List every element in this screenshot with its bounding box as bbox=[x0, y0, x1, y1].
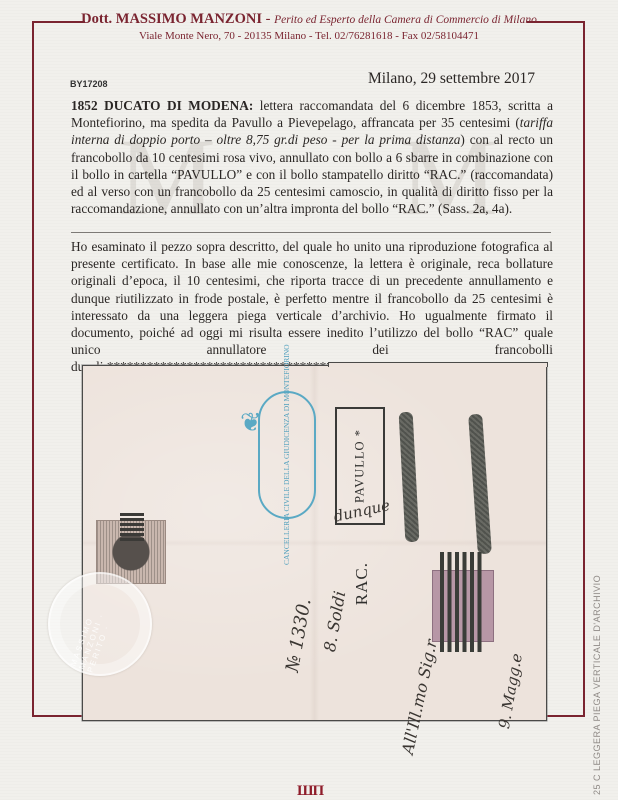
stamp-bar-cancel bbox=[120, 513, 144, 541]
frame-border-bottom-left bbox=[32, 715, 82, 717]
cover-edge bbox=[328, 362, 548, 367]
pencil-annotation: 25 C LEGGERA PIEGA VERTICALE D'ARCHIVIO bbox=[592, 545, 602, 795]
frame-border-right bbox=[583, 21, 585, 716]
header-separator: - bbox=[262, 11, 274, 27]
frame-border-left bbox=[32, 21, 34, 716]
expert-name: Dott. MASSIMO MANZONI bbox=[81, 11, 262, 27]
section-divider bbox=[71, 232, 551, 233]
description-heading: 1852 DUCATO DI MODENA: bbox=[71, 98, 253, 113]
expert-address: Viale Monte Nero, 70 - 20135 Milano - Te… bbox=[0, 30, 618, 42]
rac-postmark: RAC. bbox=[352, 562, 372, 605]
expert-title: Perito ed Esperto della Camera di Commer… bbox=[274, 14, 537, 26]
oval-cancel-text: CANCELLERIA CIVILE DELLA GIUDICENZA DI M… bbox=[258, 391, 316, 519]
six-bar-cancel bbox=[440, 552, 484, 652]
frame-border-bottom-right bbox=[545, 715, 585, 717]
expert-opinion: Ho esaminato il pezzo sopra descritto, d… bbox=[71, 238, 553, 376]
expert-logo-mark: ШП bbox=[297, 783, 323, 800]
expert-header: Dott. MASSIMO MANZONI - Perito ed Espert… bbox=[0, 11, 618, 28]
item-description: 1852 DUCATO DI MODENA: lettera raccomand… bbox=[71, 97, 553, 217]
certificate-date: Milano, 29 settembre 2017 bbox=[368, 70, 535, 88]
certificate-id: BY17208 bbox=[70, 79, 108, 89]
